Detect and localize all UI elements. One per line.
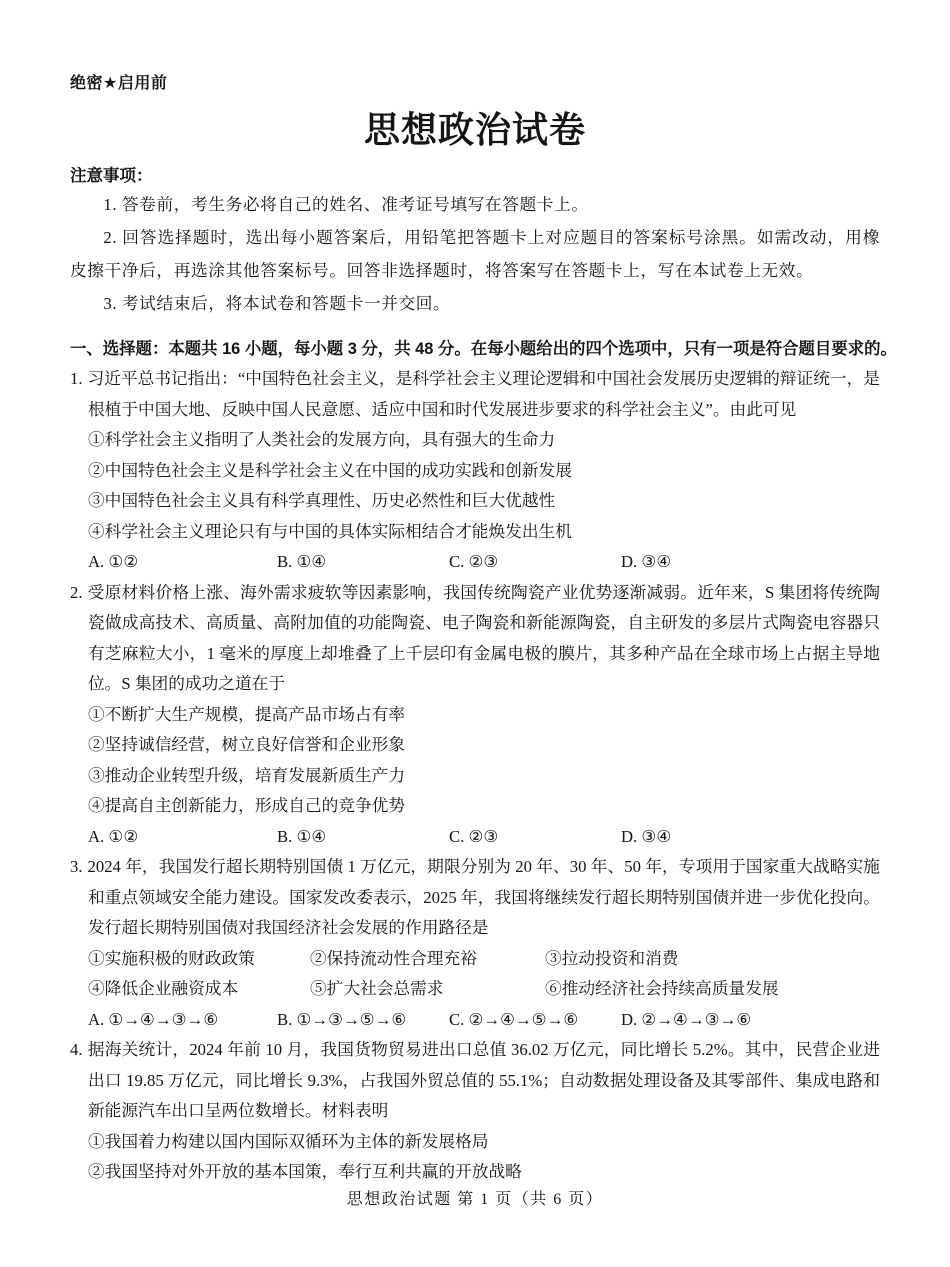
- note-item-1: 1. 答卷前，考生务必将自己的姓名、准考证号填写在答题卡上。: [70, 188, 880, 221]
- question-3-choice-c: C. ②→④→⑤→⑥: [449, 1005, 621, 1036]
- question-1-item-4: ④科学社会主义理论只有与中国的具体实际相结合才能焕发出生机: [70, 517, 880, 548]
- question-1-number: 1.: [70, 369, 88, 388]
- question-3-item-2: ②保持流动性合理充裕: [310, 944, 545, 975]
- question-1-text: 习近平总书记指出：“中国特色社会主义，是科学社会主义理论逻辑和中国社会发展历史逻…: [88, 369, 880, 419]
- question-3-number: 3.: [70, 857, 88, 876]
- question-3-stem: 3.2024 年，我国发行超长期特别国债 1 万亿元，期限分别为 20 年、30…: [70, 852, 880, 944]
- page-title: 思想政治试卷: [70, 108, 880, 152]
- question-2-choice-b: B. ①④: [277, 822, 449, 853]
- question-2-text: 受原材料价格上涨、海外需求疲软等因素影响，我国传统陶瓷产业优势逐渐减弱。近年来，…: [88, 583, 880, 694]
- question-3-choice-a: A. ①→④→③→⑥: [88, 1005, 277, 1036]
- question-3-choice-d: D. ②→④→③→⑥: [621, 1005, 880, 1036]
- question-1-item-2: ②中国特色社会主义是科学社会主义在中国的成功实践和创新发展: [70, 456, 880, 487]
- note-item-2: 2. 回答选择题时，选出每小题答案后，用铅笔把答题卡上对应题目的答案标号涂黑。如…: [70, 221, 880, 287]
- question-1-item-3: ③中国特色社会主义具有科学真理性、历史必然性和巨大优越性: [70, 486, 880, 517]
- question-1-stem: 1.习近平总书记指出：“中国特色社会主义，是科学社会主义理论逻辑和中国社会发展历…: [70, 364, 880, 425]
- question-4-text: 据海关统计，2024 年前 10 月，我国货物贸易进出口总值 36.02 万亿元…: [88, 1040, 880, 1120]
- question-4-item-1: ①我国着力构建以国内国际双循环为主体的新发展格局: [70, 1127, 880, 1158]
- question-4-stem: 4.据海关统计，2024 年前 10 月，我国货物贸易进出口总值 36.02 万…: [70, 1035, 880, 1127]
- section1-header: 一、选择题：本题共 16 小题，每小题 3 分，共 48 分。在每小题给出的四个…: [70, 334, 880, 364]
- question-2-item-2: ②坚持诚信经营，树立良好信誉和企业形象: [70, 730, 880, 761]
- question-2-item-1: ①不断扩大生产规模，提高产品市场占有率: [70, 700, 880, 731]
- question-2-number: 2.: [70, 583, 88, 602]
- question-3: 3.2024 年，我国发行超长期特别国债 1 万亿元，期限分别为 20 年、30…: [70, 852, 880, 1035]
- question-2-item-4: ④提高自主创新能力，形成自己的竞争优势: [70, 791, 880, 822]
- question-2-choices: A. ①② B. ①④ C. ②③ D. ③④: [70, 822, 880, 853]
- question-1-choice-b: B. ①④: [277, 547, 449, 578]
- secrecy-label: 绝密★启用前: [70, 74, 880, 94]
- question-1-choices: A. ①② B. ①④ C. ②③ D. ③④: [70, 547, 880, 578]
- question-1-choice-c: C. ②③: [449, 547, 621, 578]
- question-4: 4.据海关统计，2024 年前 10 月，我国货物贸易进出口总值 36.02 万…: [70, 1035, 880, 1188]
- question-3-item-5: ⑤扩大社会总需求: [310, 974, 545, 1005]
- page-footer: 思想政治试题 第 1 页（共 6 页）: [70, 1189, 880, 1211]
- question-4-item-2: ②我国坚持对外开放的基本国策，奉行互利共赢的开放战略: [70, 1157, 880, 1188]
- note-item-3: 3. 考试结束后，将本试卷和答题卡一并交回。: [70, 287, 880, 320]
- notes-heading: 注意事项：: [70, 164, 880, 188]
- question-3-item-1: ①实施积极的财政政策: [88, 944, 310, 975]
- question-3-item-6: ⑥推动经济社会持续高质量发展: [545, 974, 880, 1005]
- question-2-choice-d: D. ③④: [621, 822, 880, 853]
- question-3-items: ①实施积极的财政政策 ②保持流动性合理充裕 ③拉动投资和消费 ④降低企业融资成本…: [70, 944, 880, 1005]
- question-1: 1.习近平总书记指出：“中国特色社会主义，是科学社会主义理论逻辑和中国社会发展历…: [70, 364, 880, 578]
- question-1-choice-a: A. ①②: [88, 547, 277, 578]
- exam-paper-page: 绝密★启用前 思想政治试卷 注意事项： 1. 答卷前，考生务必将自己的姓名、准考…: [0, 0, 950, 1267]
- question-4-number: 4.: [70, 1040, 88, 1059]
- question-3-item-4: ④降低企业融资成本: [88, 974, 310, 1005]
- question-3-choices: A. ①→④→③→⑥ B. ①→③→⑤→⑥ C. ②→④→⑤→⑥ D. ②→④→…: [70, 1005, 880, 1036]
- question-2-choice-a: A. ①②: [88, 822, 277, 853]
- question-1-choice-d: D. ③④: [621, 547, 880, 578]
- question-2-stem: 2.受原材料价格上涨、海外需求疲软等因素影响，我国传统陶瓷产业优势逐渐减弱。近年…: [70, 578, 880, 700]
- question-3-text: 2024 年，我国发行超长期特别国债 1 万亿元，期限分别为 20 年、30 年…: [88, 857, 880, 937]
- question-2: 2.受原材料价格上涨、海外需求疲软等因素影响，我国传统陶瓷产业优势逐渐减弱。近年…: [70, 578, 880, 853]
- question-3-choice-b: B. ①→③→⑤→⑥: [277, 1005, 449, 1036]
- question-3-item-3: ③拉动投资和消费: [545, 944, 880, 975]
- question-2-choice-c: C. ②③: [449, 822, 621, 853]
- question-2-item-3: ③推动企业转型升级，培育发展新质生产力: [70, 761, 880, 792]
- question-1-item-1: ①科学社会主义指明了人类社会的发展方向，具有强大的生命力: [70, 425, 880, 456]
